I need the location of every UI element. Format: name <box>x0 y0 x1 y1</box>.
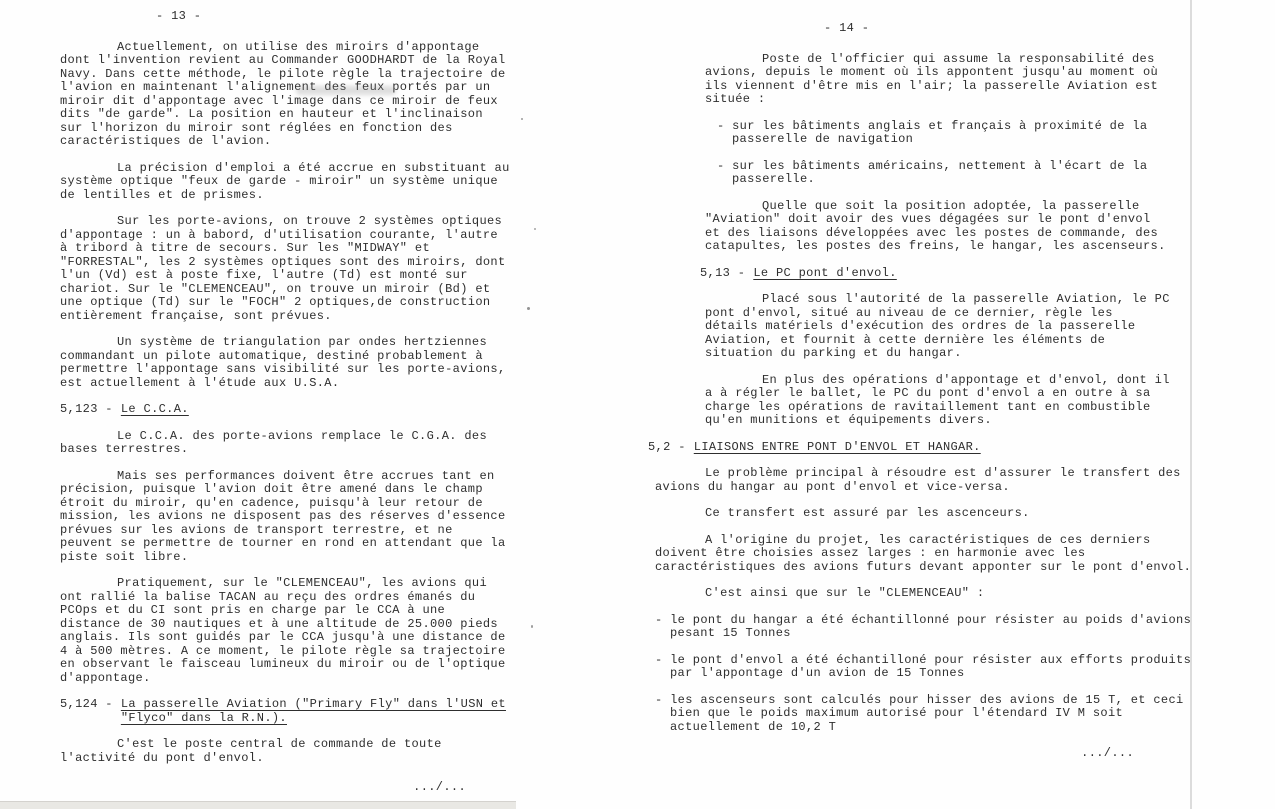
list-marker: - <box>655 693 670 707</box>
section-heading: 5,2 - LIAISONS ENTRE PONT D'ENVOL ET HAN… <box>648 441 1204 455</box>
page-number: - 14 - <box>824 22 1204 36</box>
page-13: - 13 - Actuellement, on utilise des miro… <box>60 10 510 795</box>
paragraph: Un système de triangulation par ondes he… <box>60 336 510 390</box>
paragraph: Placé sous l'autorité de la passerelle A… <box>705 293 1171 361</box>
paragraph: En plus des opérations d'appontage et d'… <box>705 374 1171 428</box>
ink-speck <box>521 118 523 120</box>
paragraph: Le C.C.A. des porte-avions remplace le C… <box>60 430 510 457</box>
section-number: 5,123 - <box>60 403 113 417</box>
paragraph: Pratiquement, sur le "CLEMENCEAU", les a… <box>60 577 510 685</box>
list-marker: - <box>717 119 732 133</box>
list-marker: - <box>655 613 670 627</box>
page-14: - 14 - Poste de l'officier qui assume la… <box>648 22 1204 761</box>
list-item: - sur les bâtiments anglais et français … <box>717 120 1198 147</box>
list-item-text: le pont du hangar a été échantillonné po… <box>670 613 1191 641</box>
list-item: - les ascenseurs sont calculés pour hiss… <box>655 694 1210 735</box>
list-item-text: les ascenseurs sont calculés pour hisser… <box>670 693 1184 734</box>
paragraph: Mais ses performances doivent être accru… <box>60 470 510 565</box>
paragraph: Poste de l'officier qui assume la respon… <box>705 53 1171 107</box>
list-item: - le pont d'envol a été échantilloné pou… <box>655 654 1210 681</box>
continuation-mark: .../... <box>60 781 510 795</box>
paragraph: Sur les porte-avions, on trouve 2 systèm… <box>60 215 510 323</box>
section-title: LIAISONS ENTRE PONT D'ENVOL ET HANGAR. <box>694 441 1204 455</box>
ink-speck <box>527 307 530 310</box>
list-item-text: sur les bâtiments anglais et français à … <box>732 119 1147 147</box>
paragraph: Ce transfert est assuré par les ascenceu… <box>655 507 1195 521</box>
ink-speck <box>531 625 533 628</box>
section-number: 5,13 - <box>700 267 745 281</box>
paragraph: A l'origine du projet, les caractéristiq… <box>655 534 1195 575</box>
section-title: Le PC pont d'envol. <box>753 267 1204 281</box>
list-item-text: le pont d'envol a été échantilloné pour … <box>670 653 1191 681</box>
continuation-mark: .../... <box>648 747 1204 761</box>
list-item: - le pont du hangar a été échantillonné … <box>655 614 1210 641</box>
page-number: - 13 - <box>156 10 510 24</box>
paragraph: Le problème principal à résoudre est d'a… <box>655 467 1195 494</box>
section-number: 5,2 - <box>648 441 686 455</box>
ink-speck <box>534 228 536 230</box>
section-heading: 5,124 - La passerelle Aviation ("Primary… <box>60 698 510 725</box>
section-heading: 5,123 - Le C.C.A. <box>60 403 510 417</box>
paragraph: La précision d'emploi a été accrue en su… <box>60 162 510 203</box>
paragraph: Actuellement, on utilise des miroirs d'a… <box>60 41 510 149</box>
list-marker: - <box>655 653 670 667</box>
list-item-text: sur les bâtiments américains, nettement … <box>732 159 1147 187</box>
section-heading: 5,13 - Le PC pont d'envol. <box>700 267 1204 281</box>
page-edge-line <box>1190 0 1192 809</box>
paragraph: C'est ainsi que sur le "CLEMENCEAU" : <box>655 587 1195 601</box>
list-item: - sur les bâtiments américains, nettemen… <box>717 160 1198 187</box>
paragraph: Quelle que soit la position adoptée, la … <box>705 200 1171 254</box>
list-marker: - <box>717 159 732 173</box>
paragraph: C'est le poste central de commande de to… <box>60 738 510 765</box>
typewriter-overstrike-smudge <box>296 86 396 95</box>
section-title: La passerelle Aviation ("Primary Fly" da… <box>121 698 510 725</box>
scan-edge-band <box>0 801 516 809</box>
section-number: 5,124 - <box>60 698 113 725</box>
section-title: Le C.C.A. <box>121 403 510 417</box>
